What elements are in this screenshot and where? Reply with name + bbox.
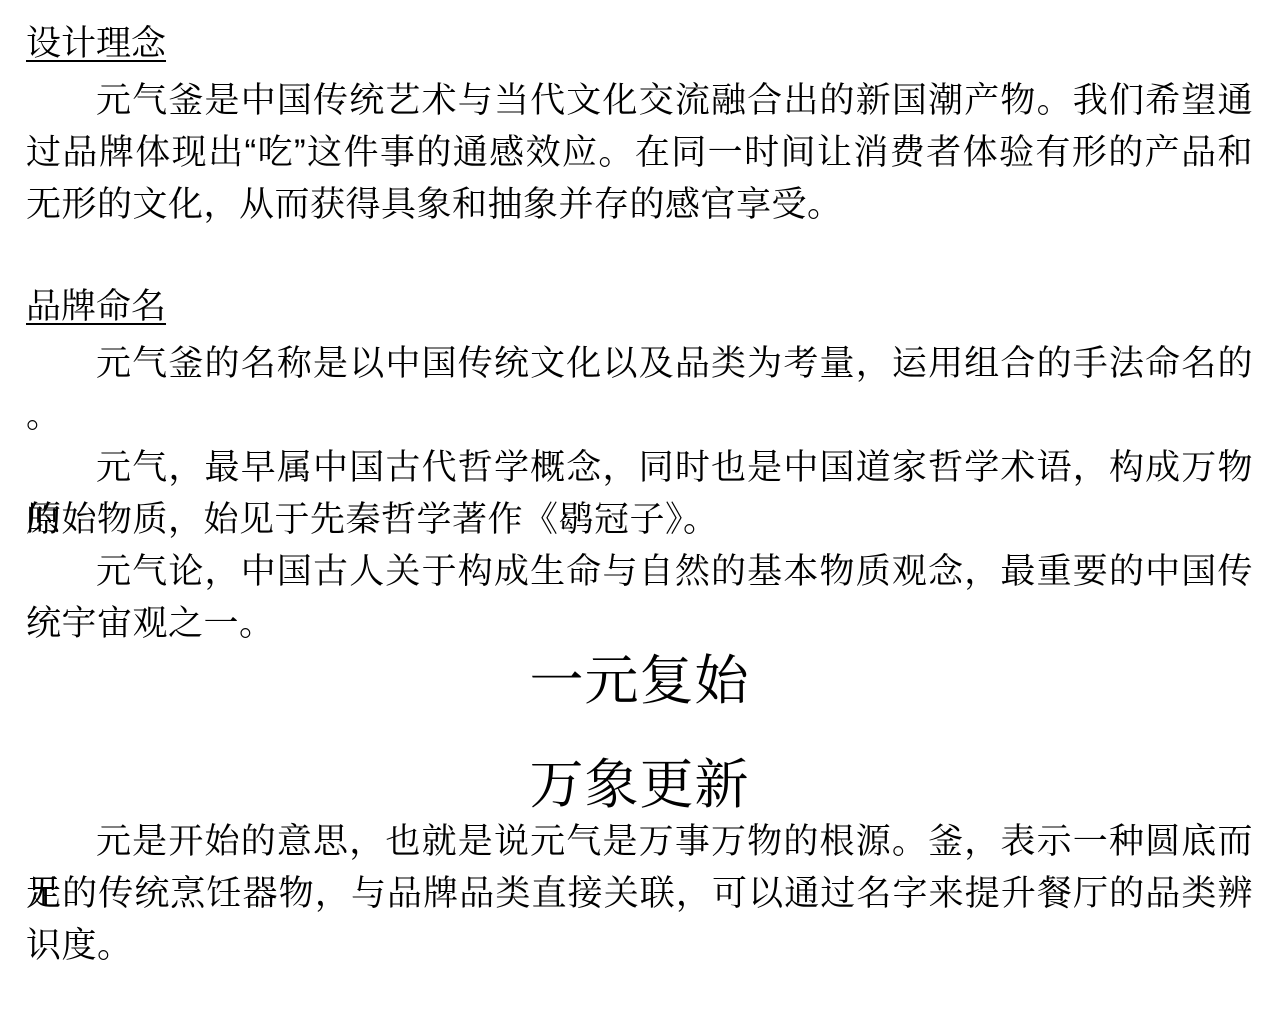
section-heading: 品牌命名 xyxy=(26,281,1253,333)
paragraph: 元气，最早属中国古代哲学概念，同时也是中国道家哲学术语，构成万物的原始物质，始见… xyxy=(26,442,1253,546)
document-page: 设计理念元气釜是中国传统艺术与当代文化交流融合出的新国潮产物。我们希望通过品牌体… xyxy=(0,0,1280,1019)
paragraph: 元气釜是中国传统艺术与当代文化交流融合出的新国潮产物。我们希望通过品牌体现出“吃… xyxy=(26,75,1253,231)
text-line: 元气釜的名称是以中国传统文化以及品类为考量，运用组合的手法命名的 xyxy=(26,338,1253,390)
text-line: 原始物质，始见于先秦哲学著作《鹖冠子》。 xyxy=(26,494,1253,546)
blank-line xyxy=(26,231,1253,281)
paragraph: 元是开始的意思，也就是说元气是万事万物的根源。釜，表示一种圆底而无足的传统烹饪器… xyxy=(26,816,1253,972)
slogan-line: 一元复始 xyxy=(26,650,1253,712)
text-line: 元气釜是中国传统艺术与当代文化交流融合出的新国潮产物。我们希望通 xyxy=(26,75,1253,127)
text-line: 元气，最早属中国古代哲学概念，同时也是中国道家哲学术语，构成万物的 xyxy=(26,442,1253,494)
text-line: 无形的文化，从而获得具象和抽象并存的感官享受。 xyxy=(26,179,1253,231)
text-line: 。 xyxy=(26,390,1253,442)
section-heading: 设计理念 xyxy=(26,18,1253,70)
text-line: 过品牌体现出“吃”这件事的通感效应。在同一时间让消费者体验有形的产品和 xyxy=(26,127,1253,179)
text-line: 足的传统烹饪器物，与品牌品类直接关联，可以通过名字来提升餐厅的品类辨 xyxy=(26,868,1253,920)
blank-line xyxy=(26,712,1253,754)
paragraph: 元气釜的名称是以中国传统文化以及品类为考量，运用组合的手法命名的。 xyxy=(26,338,1253,442)
paragraph: 元气论，中国古人关于构成生命与自然的基本物质观念，最重要的中国传统宇宙观之一。 xyxy=(26,546,1253,650)
slogan-line: 万象更新 xyxy=(26,754,1253,816)
document-content: 设计理念元气釜是中国传统艺术与当代文化交流融合出的新国潮产物。我们希望通过品牌体… xyxy=(26,18,1253,972)
text-line: 识度。 xyxy=(26,920,1253,972)
text-line: 元是开始的意思，也就是说元气是万事万物的根源。釜，表示一种圆底而无 xyxy=(26,816,1253,868)
text-line: 元气论，中国古人关于构成生命与自然的基本物质观念，最重要的中国传 xyxy=(26,546,1253,598)
text-line: 统宇宙观之一。 xyxy=(26,598,1253,650)
